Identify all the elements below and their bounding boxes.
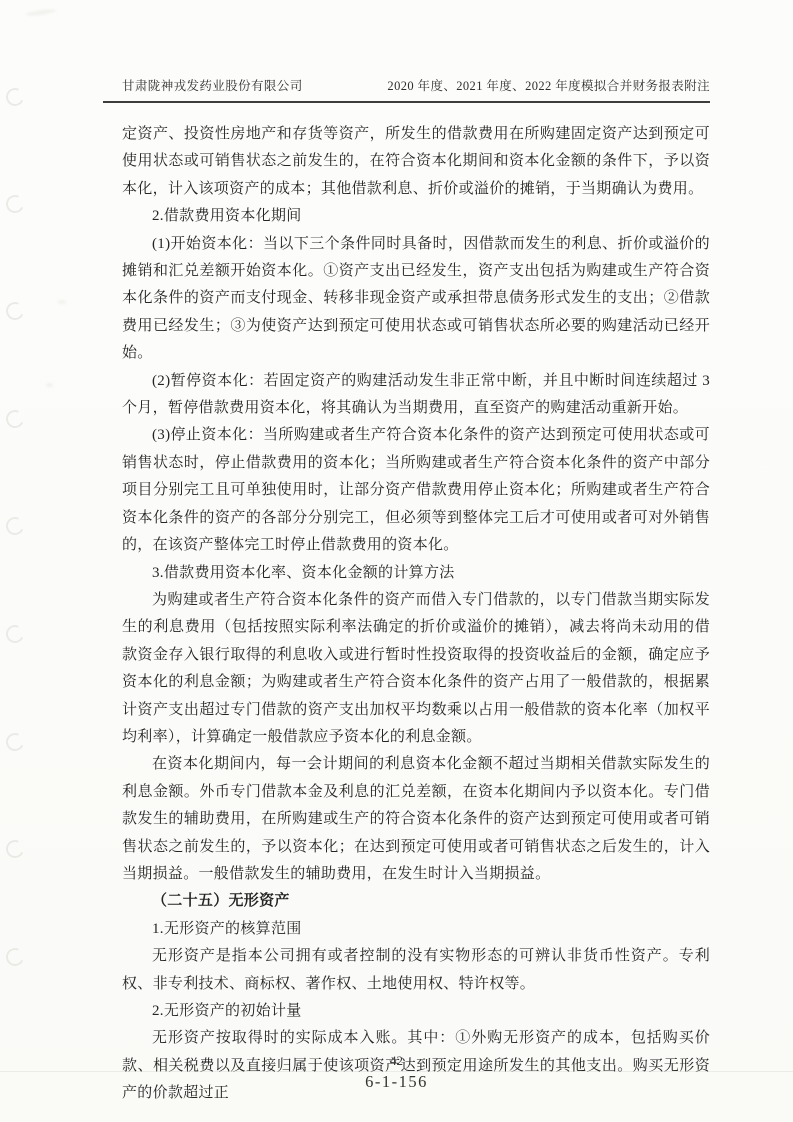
scan-artifact-ring xyxy=(3,192,26,215)
scan-artifact-smudge xyxy=(58,300,66,304)
document-number: 6-1-156 xyxy=(0,1072,793,1092)
company-name: 甘肃陇神戎发药业股份有限公司 xyxy=(122,76,303,94)
heading-capitalization-rate-method: 3.借款费用资本化率、资本化金额的计算方法 xyxy=(122,560,710,587)
document-body: 定资产、投资性房地产和存货等资产，所发生的借款费用在所购建固定资产达到预定可使用… xyxy=(122,121,710,1108)
scan-artifact-ring xyxy=(3,407,26,430)
paragraph-start-capitalization: (1)开始资本化：当以下三个条件同时具备时，因借款而发生的利息、折价或溢价的摊销… xyxy=(122,231,710,368)
paragraph-borrowing-costs-continuation: 定资产、投资性房地产和存货等资产，所发生的借款费用在所购建固定资产达到预定可使用… xyxy=(122,121,710,203)
scan-artifact-ring xyxy=(3,730,26,753)
paragraph-cease-capitalization: (3)停止资本化：当所购建或者生产符合资本化条件的资产达到预定可使用状态或可销售… xyxy=(122,422,710,559)
paragraph-suspend-capitalization: (2)暂停资本化：若固定资产的购建活动发生非正常中断，并且中断时间连续超过 3 … xyxy=(122,368,710,423)
page-number: 42 xyxy=(0,1053,793,1069)
paragraph-interest-cap-limit: 在资本化期间内，每一会计期间的利息资本化金额不超过当期相关借款实际发生的利息金额… xyxy=(122,751,710,888)
document-page: 甘肃陇神戎发药业股份有限公司 2020 年度、2021 年度、2022 年度模拟… xyxy=(0,0,793,1122)
scan-artifact-ring xyxy=(3,299,26,322)
heading-intangible-initial-measurement: 2.无形资产的初始计量 xyxy=(122,998,710,1025)
scan-artifact-ring xyxy=(3,85,26,108)
scan-artifact-ring xyxy=(3,945,26,968)
scan-artifact-smudge xyxy=(26,8,56,17)
report-title: 2020 年度、2021 年度、2022 年度模拟合并财务报表附注 xyxy=(387,76,710,94)
document-header: 甘肃陇神戎发药业股份有限公司 2020 年度、2021 年度、2022 年度模拟… xyxy=(103,76,710,103)
section-heading-intangible-assets: （二十五）无形资产 xyxy=(122,888,710,915)
paragraph-intangible-definition: 无形资产是指本公司拥有或者控制的没有实物形态的可辨认非货币性资产。专利权、非专利… xyxy=(122,943,710,998)
heading-intangible-scope: 1.无形资产的核算范围 xyxy=(122,916,710,943)
scan-artifact-ring xyxy=(3,837,26,860)
scan-artifact-ring xyxy=(3,622,26,645)
scan-artifact-ring xyxy=(3,514,26,537)
paragraph-specific-borrowings: 为购建或者生产符合资本化条件的资产而借入专门借款的，以专门借款当期实际发生的利息… xyxy=(122,587,710,751)
scan-artifact-smudge xyxy=(46,383,53,387)
heading-capitalization-period: 2.借款费用资本化期间 xyxy=(122,203,710,230)
